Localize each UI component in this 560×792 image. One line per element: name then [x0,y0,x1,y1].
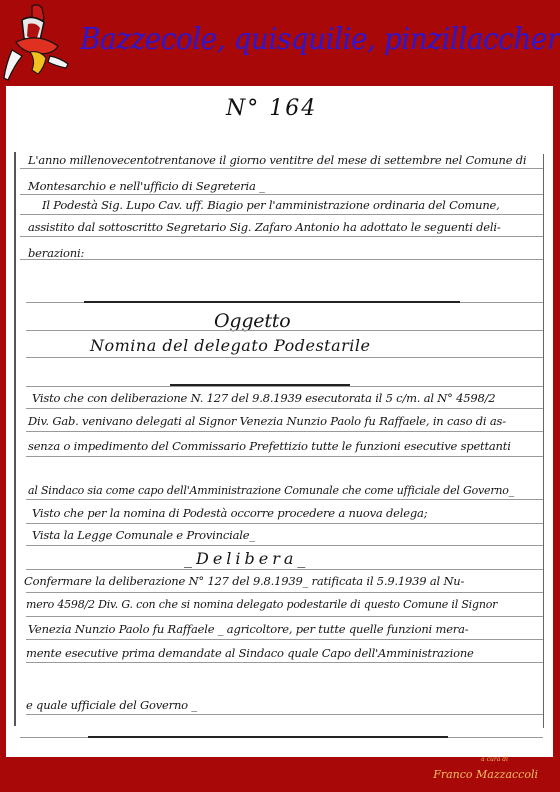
ruling-line [26,592,543,593]
ruling-line [20,168,543,169]
ruling-line [26,569,543,570]
separator-line [170,384,350,386]
credit-name: Franco Mazzaccoli [433,768,538,781]
ruling-line [26,499,543,500]
premise-line: Visto che per la nomina di Podestà occor… [32,506,427,520]
credit-prefix: a cura di [433,756,508,763]
ruling-line [26,639,543,640]
credit: a cura di Franco Mazzaccoli [433,756,538,782]
ruling-line [26,662,543,663]
ruling-line [26,523,543,524]
subject-heading: Oggetto [214,310,290,332]
subject-title: Nomina del delegato Podestarile [90,336,370,355]
ruling-line [20,259,543,260]
ruling-line [26,386,543,387]
frame-border-left [14,152,16,726]
ruling-line [20,194,543,195]
intro-line: L'anno millenovecentotrentanove il giorn… [28,153,526,167]
ruling-line [26,714,543,715]
premise-line: al Sindaco sia come capo dell'Amministra… [28,484,514,497]
premise-line: senza o impedimento del Commissario Pref… [28,439,511,453]
premise-line: Vista la Legge Comunale e Provinciale_ [32,528,255,542]
intro-line: Montesarchio e nell'ufficio di Segreteri… [28,179,265,193]
ruling-line [26,408,543,409]
dancer-logo-icon [2,2,70,82]
separator-line [84,301,460,303]
premise-line: Visto che con deliberazione N. 127 del 9… [32,391,495,405]
intro-line: Il Podestà Sig. Lupo Cav. uff. Biagio pe… [42,198,500,212]
ruling-line [26,431,543,432]
frame-border-right [543,154,545,728]
ruling-line [26,330,543,331]
ruling-line [20,236,543,237]
resolution-line: Venezia Nunzio Paolo fu Raffaele _ agric… [28,622,468,636]
site-header: Bazzecole, quisquilie, pinzillacchere... [0,0,560,86]
site-title: Bazzecole, quisquilie, pinzillacchere... [80,22,560,57]
ruling-line [26,545,543,546]
resolution-line: e quale ufficiale del Governo _ [26,698,197,712]
ruling-line [20,214,543,215]
premise-line: Div. Gab. venivano delegati al Signor Ve… [28,414,506,428]
intro-line: berazioni: [28,246,84,260]
resolution-line: mero 4598/2 Div. G. con che si nomina de… [26,598,497,611]
ruling-line [26,357,543,358]
resolution-line: mente esecutive prima demandate al Sinda… [26,646,474,660]
intro-line: assistito dal sottoscritto Segretario Si… [28,220,501,234]
ruling-line [26,456,543,457]
resolution-line: Confermare la deliberazione N° 127 del 9… [24,574,464,588]
scanned-document: N° 164 L'anno millenovecentotrentanove i… [6,86,553,757]
document-number: N° 164 [226,96,317,121]
separator-line [88,736,448,738]
ruling-line [26,616,543,617]
resolution-heading: _Delibera_ [184,549,309,568]
